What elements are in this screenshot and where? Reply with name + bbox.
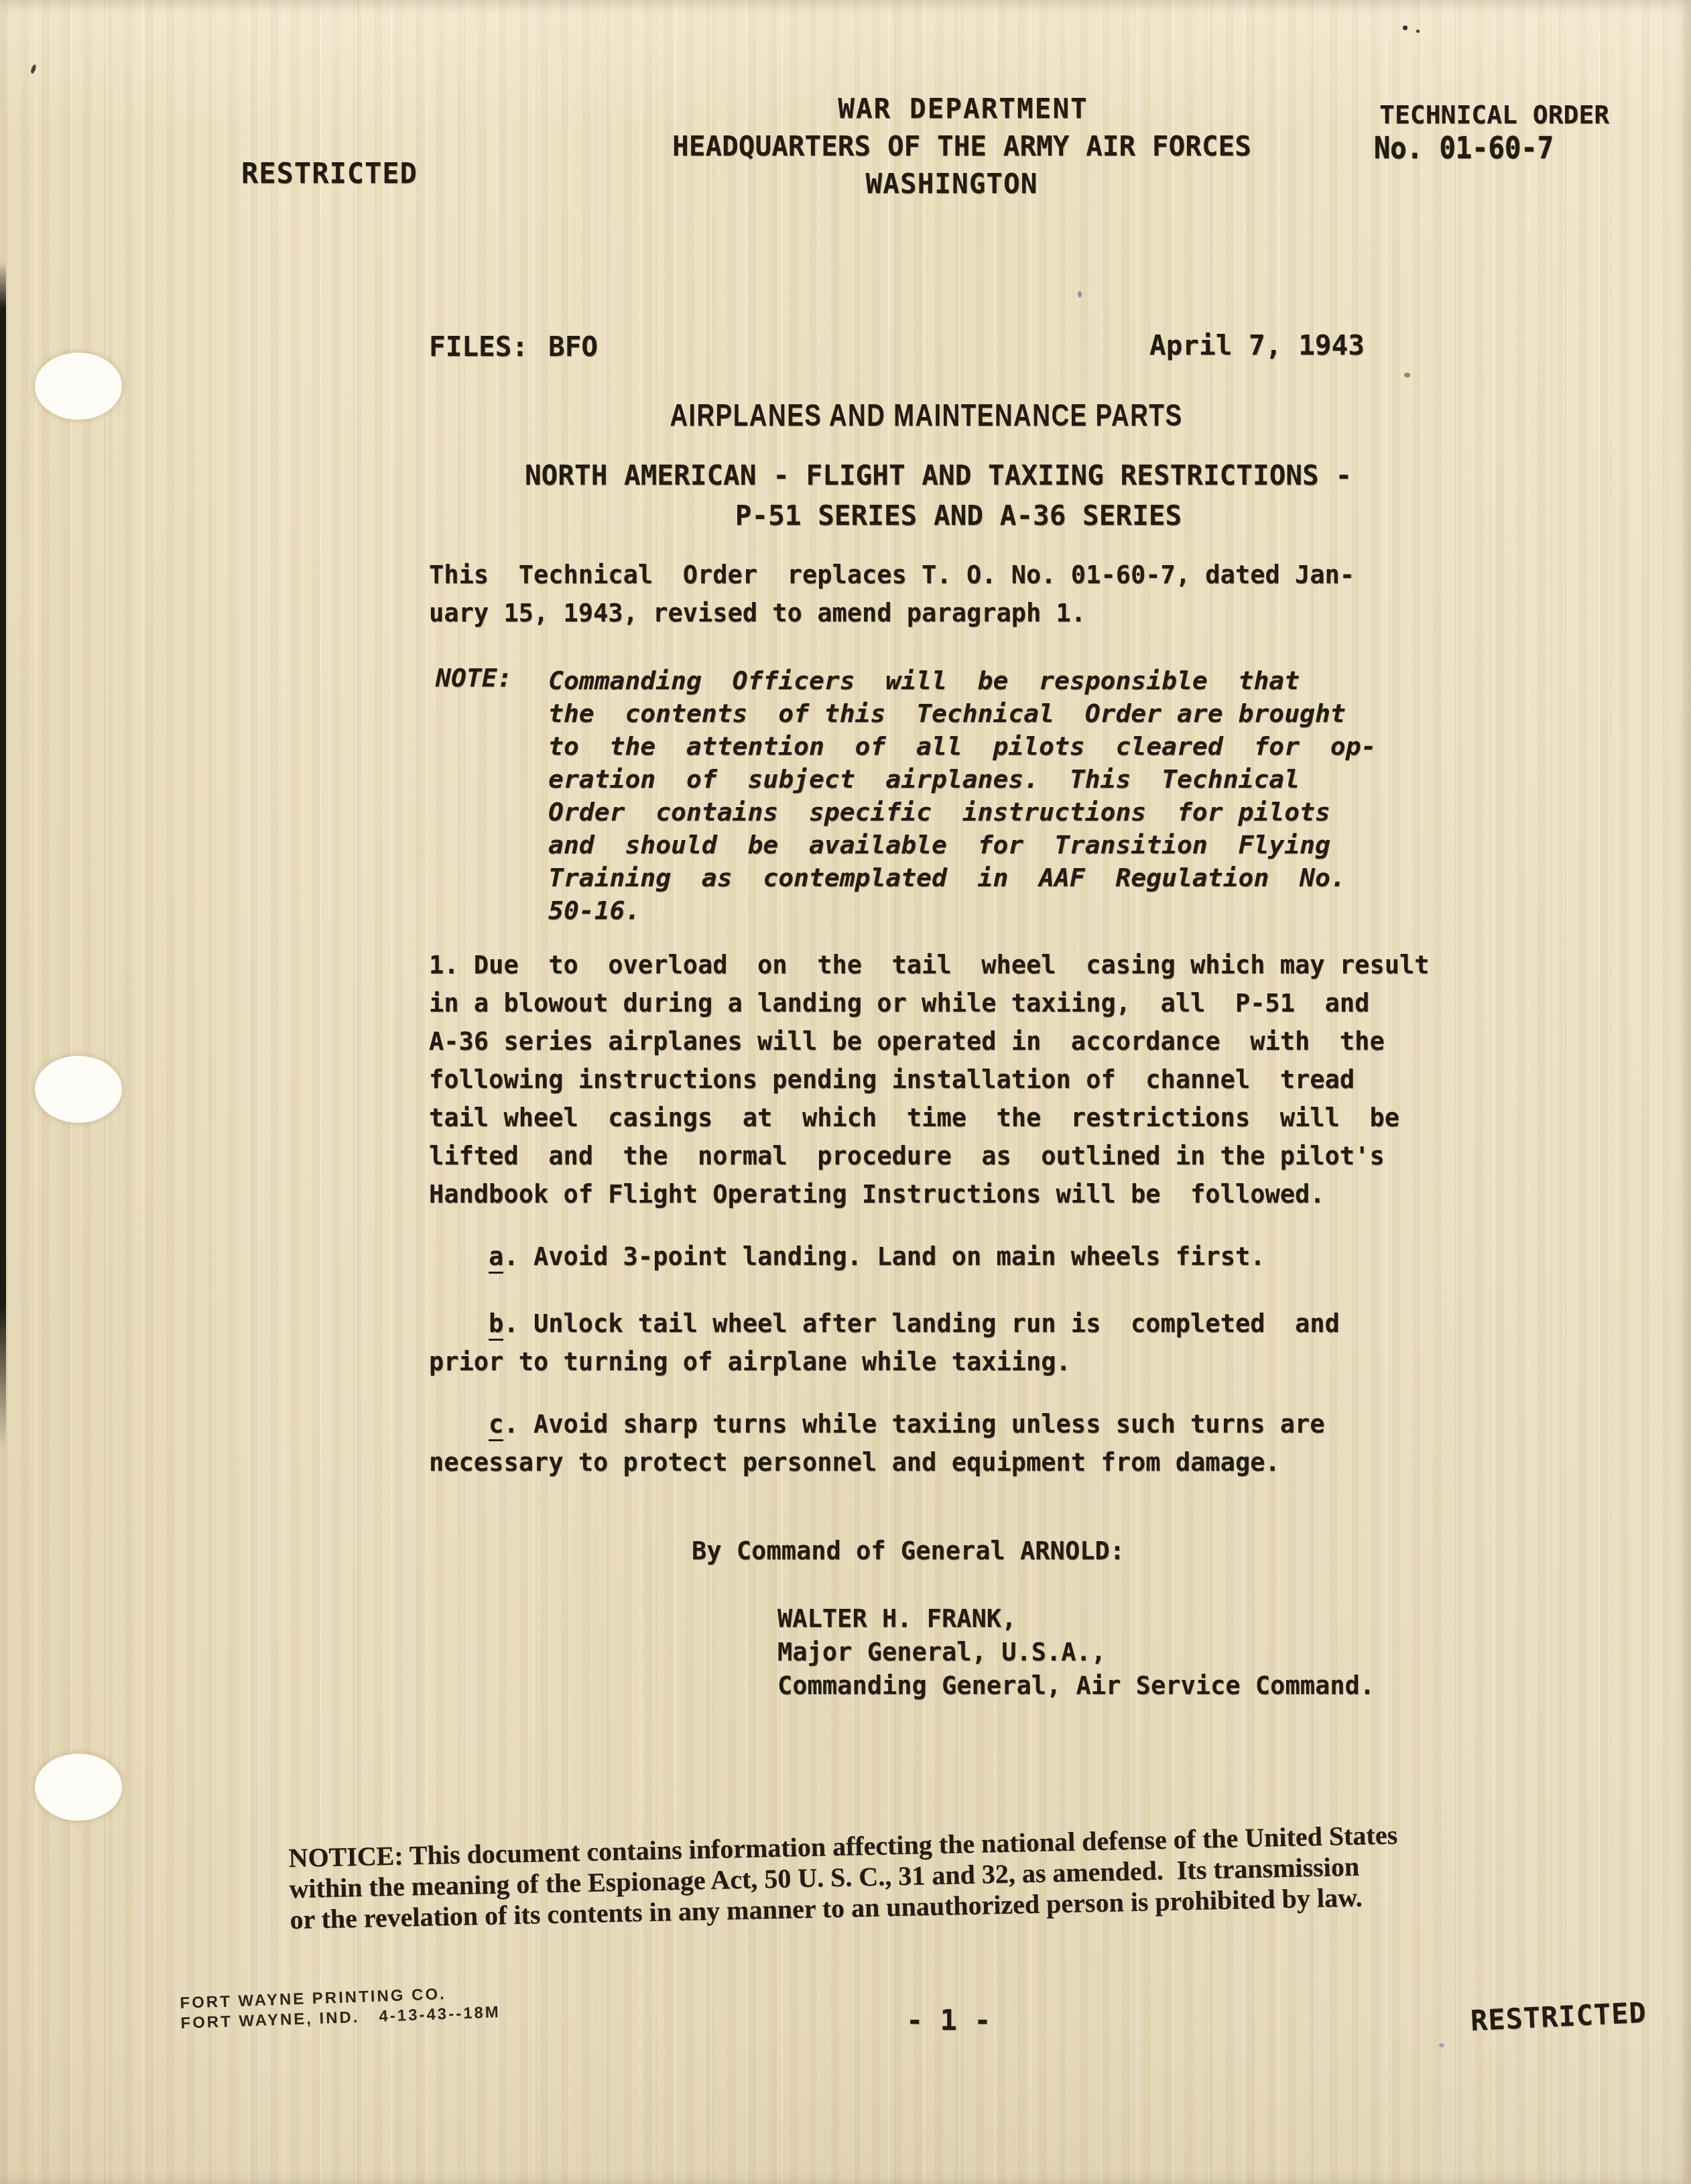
scan-edge-artifact	[0, 261, 6, 1448]
item-b-indent	[429, 1309, 489, 1338]
item-c-text: . Avoid sharp turns while taxiing unless…	[429, 1410, 1325, 1477]
ink-speck	[1404, 373, 1410, 377]
espionage-notice: NOTICE: This document contains informati…	[288, 1819, 1399, 1935]
punch-hole-middle	[35, 1056, 122, 1123]
note-text: Commanding Officers will be responsible …	[548, 664, 1376, 927]
files-label: FILES:	[429, 333, 528, 361]
punch-hole-top	[35, 353, 122, 420]
command-line: By Command of General ARNOLD:	[692, 1538, 1125, 1563]
item-a-letter: a	[489, 1242, 503, 1274]
ink-speck	[30, 64, 37, 74]
item-a-indent	[429, 1242, 489, 1271]
document-page: RESTRICTED WAR DEPARTMENT HEADQUARTERS O…	[0, 0, 1691, 2184]
section-title: AIRPLANES AND MAINTENANCE PARTS	[670, 397, 1182, 433]
item-b-letter: b	[489, 1309, 503, 1341]
printer-imprint: FORT WAYNE PRINTING CO. FORT WAYNE, IND.…	[180, 1982, 501, 2034]
punch-hole-bottom	[35, 1754, 122, 1821]
item-c-indent	[429, 1410, 489, 1439]
item-b: b. Unlock tail wheel after landing run i…	[429, 1305, 1340, 1381]
item-a: a. Avoid 3-point landing. Land on main w…	[429, 1237, 1265, 1276]
paragraph-1: 1. Due to overload on the tail wheel cas…	[429, 946, 1429, 1213]
classification-stamp-top: RESTRICTED	[241, 160, 418, 188]
header-hq-army-air-forces: HEADQUARTERS OF THE ARMY AIR FORCES	[672, 133, 1251, 160]
subject-title-line2: P-51 SERIES AND A-36 SERIES	[735, 502, 1182, 530]
classification-stamp-bottom: RESTRICTED	[1470, 1999, 1647, 2035]
item-c-letter: c	[489, 1410, 503, 1441]
page-number: - 1 -	[906, 2006, 991, 2035]
ink-speck	[1403, 25, 1407, 30]
technical-order-label: TECHNICAL ORDER	[1379, 102, 1609, 127]
date: April 7, 1943	[1149, 332, 1365, 359]
ink-speck	[1439, 2043, 1444, 2047]
intro-paragraph: This Technical Order replaces T. O. No. …	[429, 556, 1355, 632]
ink-speck	[1416, 29, 1420, 33]
header-washington: WASHINGTON	[866, 170, 1038, 198]
files-value: BFO	[548, 333, 598, 361]
item-c: c. Avoid sharp turns while taxiing unles…	[429, 1405, 1325, 1481]
subject-title-line1: NORTH AMERICAN - FLIGHT AND TAXIING REST…	[525, 462, 1352, 489]
item-b-text: . Unlock tail wheel after landing run is…	[429, 1309, 1340, 1376]
technical-order-number: No. 01-60-7	[1374, 134, 1554, 164]
header-war-department: WAR DEPARTMENT	[838, 95, 1088, 123]
item-a-text: . Avoid 3-point landing. Land on main wh…	[503, 1242, 1265, 1271]
signature-block: WALTER H. FRANK, Major General, U.S.A., …	[777, 1602, 1375, 1703]
ink-speck	[1078, 291, 1082, 298]
note-label: NOTE:	[436, 665, 512, 690]
